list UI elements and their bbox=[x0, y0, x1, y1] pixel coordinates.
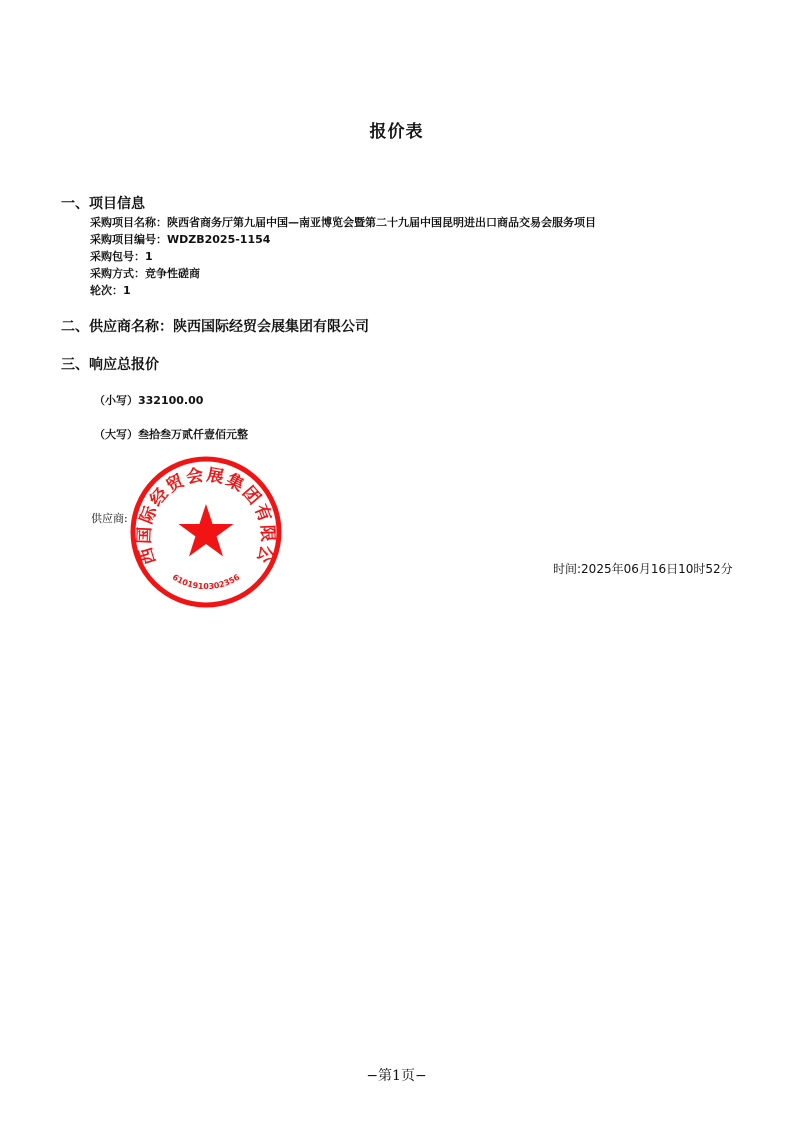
price-uppercase-label: （大写） bbox=[94, 428, 138, 441]
field-label: 轮次： bbox=[90, 284, 123, 297]
supplier-signature-label: 供应商: bbox=[91, 510, 128, 526]
field-procurement-method: 采购方式：竞争性磋商 bbox=[90, 265, 200, 281]
seal-text: 陕西国际经贸会展集团有限公司 bbox=[128, 454, 277, 567]
field-label: 采购项目名称： bbox=[90, 216, 167, 229]
price-lowercase-label: （小写） bbox=[94, 394, 138, 407]
field-round: 轮次：1 bbox=[90, 282, 131, 298]
star-icon bbox=[179, 504, 234, 556]
seal-code: 6101910302356 bbox=[171, 572, 242, 591]
field-value: 1 bbox=[123, 284, 131, 297]
field-value: 1 bbox=[145, 250, 153, 263]
field-value: WDZB2025-1154 bbox=[167, 233, 270, 246]
field-label: 采购项目编号： bbox=[90, 233, 167, 246]
signature-time: 时间:2025年06月16日10时52分 bbox=[553, 560, 733, 577]
field-project-number: 采购项目编号：WDZB2025-1154 bbox=[90, 231, 270, 247]
field-value: 竞争性磋商 bbox=[145, 267, 200, 280]
price-uppercase-value: 叁拾叁万贰仟壹佰元整 bbox=[138, 428, 248, 441]
field-package-number: 采购包号：1 bbox=[90, 248, 153, 264]
price-lowercase-value: 332100.00 bbox=[138, 394, 203, 407]
page-number: −第1页− bbox=[0, 1065, 793, 1085]
section-project-info-heading: 一、项目信息 bbox=[61, 193, 145, 213]
field-label: 采购方式： bbox=[90, 267, 145, 280]
price-lowercase: （小写）332100.00 bbox=[94, 392, 203, 408]
field-value: 陕西省商务厅第九届中国—南亚博览会暨第二十九届中国昆明进出口商品交易会服务项目 bbox=[167, 216, 596, 229]
field-label: 采购包号： bbox=[90, 250, 145, 263]
company-seal: 陕西国际经贸会展集团有限公司 6101910302356 bbox=[128, 454, 284, 610]
document-title: 报价表 bbox=[0, 117, 793, 142]
field-project-name: 采购项目名称：陕西省商务厅第九届中国—南亚博览会暨第二十九届中国昆明进出口商品交… bbox=[90, 214, 596, 230]
section-supplier-heading: 二、供应商名称：陕西国际经贸会展集团有限公司 bbox=[61, 316, 369, 336]
price-uppercase: （大写）叁拾叁万贰仟壹佰元整 bbox=[94, 426, 248, 442]
section-total-price-heading: 三、响应总报价 bbox=[61, 354, 159, 374]
